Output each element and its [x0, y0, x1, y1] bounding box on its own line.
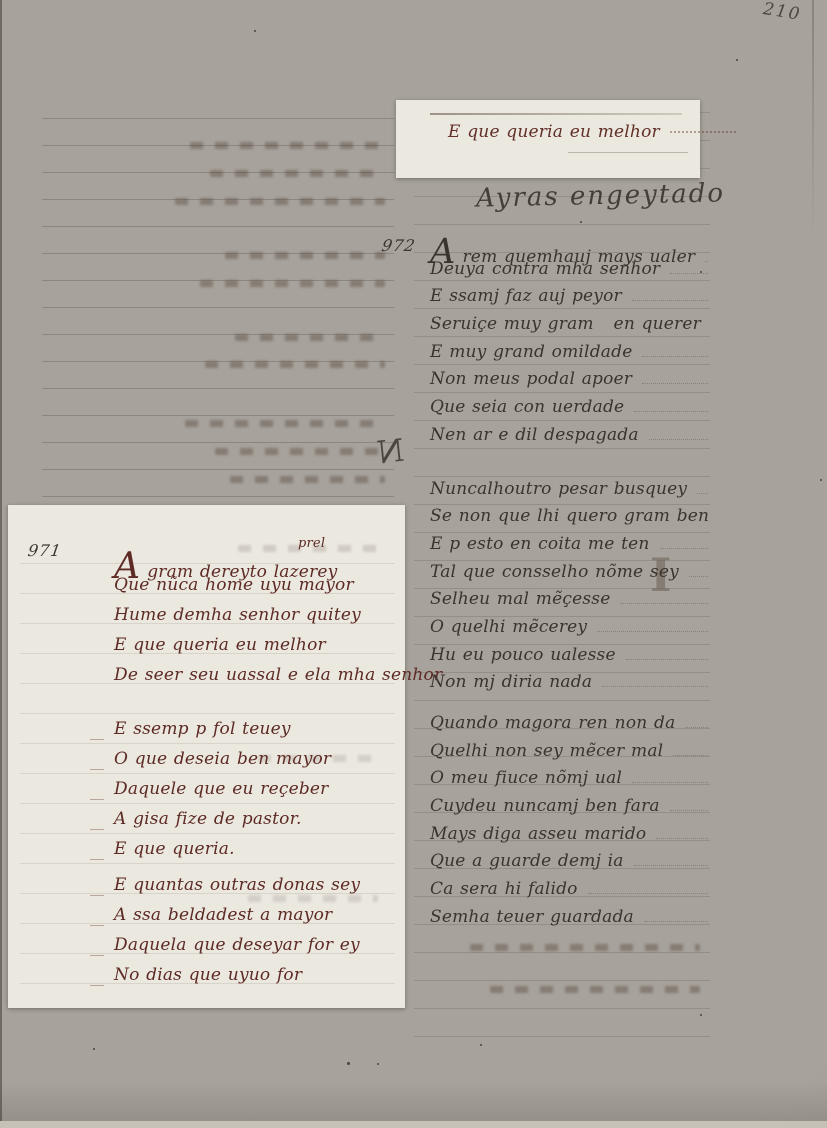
stanza-1: Arem quemhauj mays ualer Deuya contra mh… [430, 231, 712, 453]
bleedthrough-mark [235, 334, 385, 341]
verse-line: O meu fiuce nõmj ual [430, 768, 712, 796]
verse-line: E que queria eu melhor [114, 635, 400, 665]
ink-speck [736, 59, 738, 61]
verse-line: A ssa beldadest a mayor [114, 905, 400, 935]
verse-text: E quantas outras donas sey [114, 875, 360, 895]
page-fold-line [812, 0, 814, 240]
verse-line: Cuydeu nuncamj ben fara [430, 796, 712, 824]
ink-speck [93, 1048, 95, 1050]
verse-line: Ca sera hi falido [430, 879, 712, 907]
ruled-line [430, 113, 682, 115]
verse-text: Daquela que deseyar for ey [114, 935, 360, 955]
verse-text: Selheu mal mẽçesse [430, 589, 610, 609]
verse-line: Selheu mal mẽçesse [430, 589, 712, 617]
poem-number-972: 972 [380, 236, 417, 255]
ink-speck [700, 1014, 702, 1016]
verse-text: A gisa fize de pastor. [114, 809, 302, 829]
verse-line: Tal que consselho nõme sey [430, 562, 712, 590]
verse-text: E ssamj faz auj peyor [430, 286, 622, 306]
verse-line: Nen ar e dil despagada [430, 425, 712, 453]
verse-line: Que seia con uerdade [430, 397, 712, 425]
verse-line: Daquela que deseyar for ey [114, 935, 400, 965]
verse-line: O que deseia ben mayor [114, 749, 400, 779]
bleedthrough-mark [470, 944, 700, 951]
folio-number: 210 [762, 0, 803, 25]
ink-speck [347, 1062, 350, 1065]
page-left-edge [0, 0, 2, 1128]
verse-line: Hume demha senhor quitey [114, 605, 400, 635]
verse-line: De seer seu uassal e ela mha senhor [114, 665, 400, 695]
stanza-3: Quando magora ren non da Quelhi non sey … [430, 713, 712, 935]
verse-text: Que nũca home uyu mayor [114, 575, 354, 595]
verse-text: Hu eu pouco ualesse [430, 645, 616, 665]
page-bottom-shade [0, 1081, 827, 1121]
poem-971: prel Agram dereyto lazerey Que nũca home… [114, 545, 400, 995]
ink-speck [480, 1044, 482, 1046]
verse-text: Quelhi non sey mẽcer mal [430, 741, 663, 761]
facsimile-patch-top: E que queria eu melhor [396, 100, 700, 178]
verse-text: Tal que consselho nõme sey [430, 562, 679, 582]
verse-text: O que deseia ben mayor [114, 749, 331, 769]
manuscript-page: 210 E que queria eu melhor Ayras engeyta… [0, 0, 827, 1128]
verse-line: Que a guarde demj ia [430, 851, 712, 879]
verse-text: Nen ar e dil despagada [430, 425, 639, 445]
verse-text: Quando magora ren non da [430, 713, 675, 733]
verse-text: Semha teuer guardada [430, 907, 634, 927]
ink-speck [377, 1063, 379, 1065]
verse-line: O quelhi mẽcerey [430, 617, 712, 645]
verse-text: De seer seu uassal e ela mha senhor [114, 665, 442, 685]
verse-line: Mays diga asseu marido [430, 824, 712, 852]
stanza-1: Agram dereyto lazerey Que nũca home uyu … [114, 545, 400, 695]
bleedthrough-mark [225, 252, 385, 259]
bleedthrough-mark [205, 361, 385, 368]
ruled-line [568, 152, 688, 153]
verse-line: Non mj diria nada [430, 672, 712, 700]
verse-text: O quelhi mẽcerey [430, 617, 587, 637]
verse-line: Seruiçe muy gram en querer [430, 314, 712, 342]
bleedthrough-mark [175, 198, 385, 205]
verse-text: Deuya contra mha senhor [430, 259, 660, 279]
bleedthrough-mark [190, 142, 380, 149]
verse-text: Nuncalhoutro pesar busquey [430, 479, 687, 499]
verse-line: Nuncalhoutro pesar busquey [430, 479, 712, 507]
bleedthrough-mark [185, 420, 385, 427]
facsimile-patch-left: 971 prel Agram dereyto lazerey Que nũca … [8, 505, 405, 1008]
verse-text: Que a guarde demj ia [430, 851, 624, 871]
verse-line: E ssemp p fol teuey [114, 719, 400, 749]
verse-line: Quelhi non sey mẽcer mal [430, 741, 712, 769]
bleedthrough-mark [200, 280, 385, 287]
ink-speck [700, 271, 702, 273]
verse-line: A gisa fize de pastor. [114, 809, 400, 839]
verse-line: Agram dereyto lazerey [114, 545, 400, 575]
verse-line: E quantas outras donas sey [114, 875, 400, 905]
poem-number-971: 971 [27, 541, 63, 560]
verse-text: E que queria eu melhor [114, 635, 326, 655]
stanza-3: E quantas outras donas sey A ssa beldade… [114, 875, 400, 995]
stanza-2: E ssemp p fol teuey O que deseia ben may… [114, 719, 400, 869]
verse-text: E p esto en coita me ten [430, 534, 650, 554]
verse-line: Deuya contra mha senhor [430, 259, 712, 287]
verse-text: E que queria. [114, 839, 235, 859]
verse-text: Seruiçe muy gram en querer [430, 314, 701, 334]
rubric-attribution: Ayras engeytado [476, 178, 727, 213]
verse-text: Ca sera hi falido [430, 879, 578, 899]
ink-speck [820, 479, 822, 481]
refrain-line: E que queria eu melhor [448, 122, 736, 142]
verse-line: E ssamj faz auj peyor [430, 286, 712, 314]
bleedthrough-mark [215, 448, 385, 455]
bleedthrough-mark [230, 476, 385, 483]
verse-text: Non meus podal apoer [430, 369, 632, 389]
ink-speck [580, 221, 582, 223]
stanza-2: Nuncalhoutro pesar busquey Se non que lh… [430, 479, 712, 701]
verse-text: E ssemp p fol teuey [114, 719, 291, 739]
verse-text: E muy grand omildade [430, 342, 632, 362]
margin-letter-n: N [375, 433, 406, 472]
verse-line: E p esto en coita me ten [430, 534, 712, 562]
verse-line: Se non que lhi quero gram ben [430, 506, 712, 534]
verse-text: A ssa beldadest a mayor [114, 905, 332, 925]
verse-text: No dias que uyuo for [114, 965, 302, 985]
bleedthrough-mark [210, 170, 385, 177]
bleedthrough-mark [490, 986, 700, 993]
verse-line: Daquele que eu reçeber [114, 779, 400, 809]
verse-text: Que seia con uerdade [430, 397, 624, 417]
line-filler-dashes [670, 131, 736, 133]
verse-text: Mays diga asseu marido [430, 824, 646, 844]
verse-text: Hume demha senhor quitey [114, 605, 361, 625]
verse-line: Hu eu pouco ualesse [430, 645, 712, 673]
ink-speck [254, 30, 256, 32]
verse-line: E muy grand omildade [430, 342, 712, 370]
page-bottom-edge [0, 1121, 827, 1128]
verse-line: Non meus podal apoer [430, 369, 712, 397]
verse-line: Semha teuer guardada [430, 907, 712, 935]
verse-text: Daquele que eu reçeber [114, 779, 329, 799]
verse-text: Non mj diria nada [430, 672, 592, 692]
verse-text: O meu fiuce nõmj ual [430, 768, 622, 788]
verse-line: No dias que uyuo for [114, 965, 400, 995]
verse-line: E que queria. [114, 839, 400, 869]
verse-line: Arem quemhauj mays ualer [430, 231, 712, 259]
verse-text: Cuydeu nuncamj ben fara [430, 796, 660, 816]
verse-text: Se non que lhi quero gram ben [430, 506, 709, 526]
verse-text: E que queria eu melhor [448, 122, 660, 142]
verse-line: Quando magora ren non da [430, 713, 712, 741]
poem-972: Arem quemhauj mays ualer Deuya contra mh… [430, 231, 712, 935]
verse-line: Que nũca home uyu mayor [114, 575, 400, 605]
